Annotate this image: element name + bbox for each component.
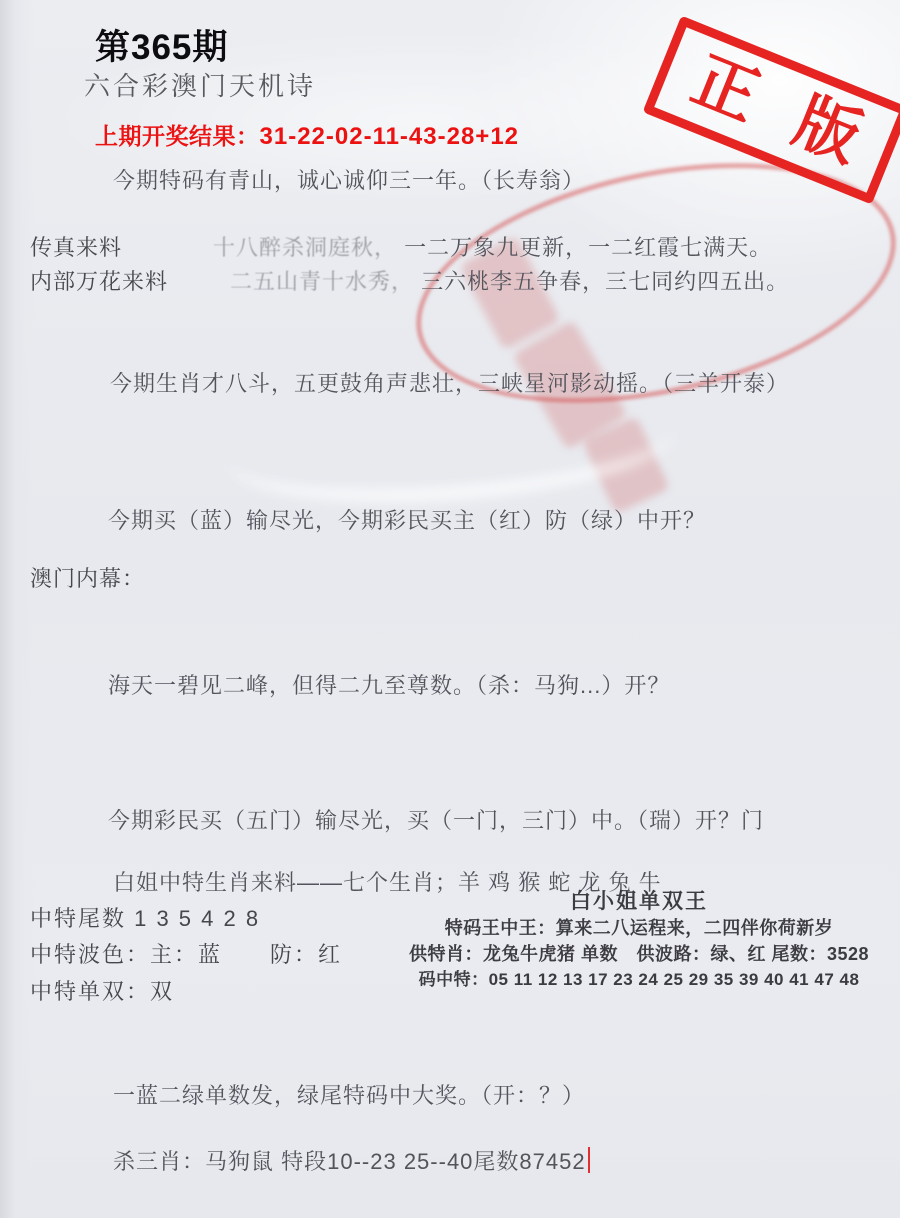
internal-poem-clear: 三六桃李五争春，三七同约四五出。 xyxy=(421,269,789,294)
baixiaojie-title: 白小姐单双王 xyxy=(380,888,898,915)
fax-poem-faded: 十八醉杀洞庭秋， xyxy=(213,235,397,260)
kill-three-zodiac-line[interactable]: 杀三肖：马狗鼠 特段10--23 25--40尾数87452 xyxy=(113,1145,590,1176)
internal-poem-faded: 二五山青十水秀， xyxy=(230,269,414,294)
macau-insider-label: 澳门内幕： xyxy=(30,562,145,593)
issue-title: 第365期 xyxy=(95,20,228,70)
stat-tail-numbers: 中特尾数 1 3 5 4 2 8 xyxy=(30,902,260,933)
zodiac-wave-tail-line: 供特肖：龙兔牛虎猪 单数 供波路：绿、红 尾数：3528 xyxy=(380,941,898,967)
kill-line-text: 杀三肖：马狗鼠 特段10--23 25--40尾数87452 xyxy=(113,1149,586,1174)
blue-green-poem: 一蓝二绿单数发，绿尾特码中大奖。（开：？） xyxy=(113,1079,585,1110)
color-tip-line: 今期买（蓝）输尽光，今期彩民买主（红）防（绿）中开？ xyxy=(108,504,706,535)
special-numbers-line: 码中特：05 11 12 13 17 23 24 25 29 35 39 40 … xyxy=(380,967,898,993)
doors-tip-line: 今期彩民买（五门）输尽光，买（一门，三门）中。（瑞）开？门 xyxy=(108,804,764,835)
king-of-kings-line: 特码王中王：算来二八运程来，二四伴你荷新岁 xyxy=(380,915,898,941)
last-draw-result: 上期开奖结果：31-22-02-11-43-28+12 xyxy=(95,118,519,151)
stamp-char-1: 正 xyxy=(684,48,767,131)
stamp-char-2: 版 xyxy=(786,89,869,172)
page-subtitle: 六合彩澳门天机诗 xyxy=(84,66,316,103)
baixiaojie-block: 白小姐单双王 特码王中王：算来二八运程来，二四伴你荷新岁 供特肖：龙兔牛虎猪 单… xyxy=(380,888,898,993)
fax-poem-clear: 一二万象九更新，一二红霞七满天。 xyxy=(404,235,772,260)
fax-material-poem: 十八醉杀洞庭秋， 一二万象九更新，一二红霞七满天。 xyxy=(213,231,772,262)
last-draw-result-numbers: 31-22-02-11-43-28+12 xyxy=(260,123,520,150)
text-cursor xyxy=(588,1147,590,1173)
zodiac-poem: 今期生肖才八斗，五更鼓角声悲壮，三峡星河影动摇。（三羊开泰） xyxy=(110,367,789,398)
internal-material-poem: 二五山青十水秀， 三六桃李五争春，三七同约四五出。 xyxy=(230,265,789,296)
internal-material-label: 内部万花来料 xyxy=(30,265,168,296)
fax-material-label: 传真来料 xyxy=(30,231,122,262)
stat-wave-colors: 中特波色：主：蓝 防：红 xyxy=(30,938,342,969)
special-code-poem: 今期特码有青山，诚心诚仰三一年。（长寿翁） xyxy=(113,164,585,195)
last-draw-result-label: 上期开奖结果： xyxy=(95,123,260,149)
insider-poem: 海天一碧见二峰，但得二九至尊数。（杀：马狗...）开？ xyxy=(108,669,670,700)
stat-odd-even: 中特单双：双 xyxy=(30,975,174,1006)
